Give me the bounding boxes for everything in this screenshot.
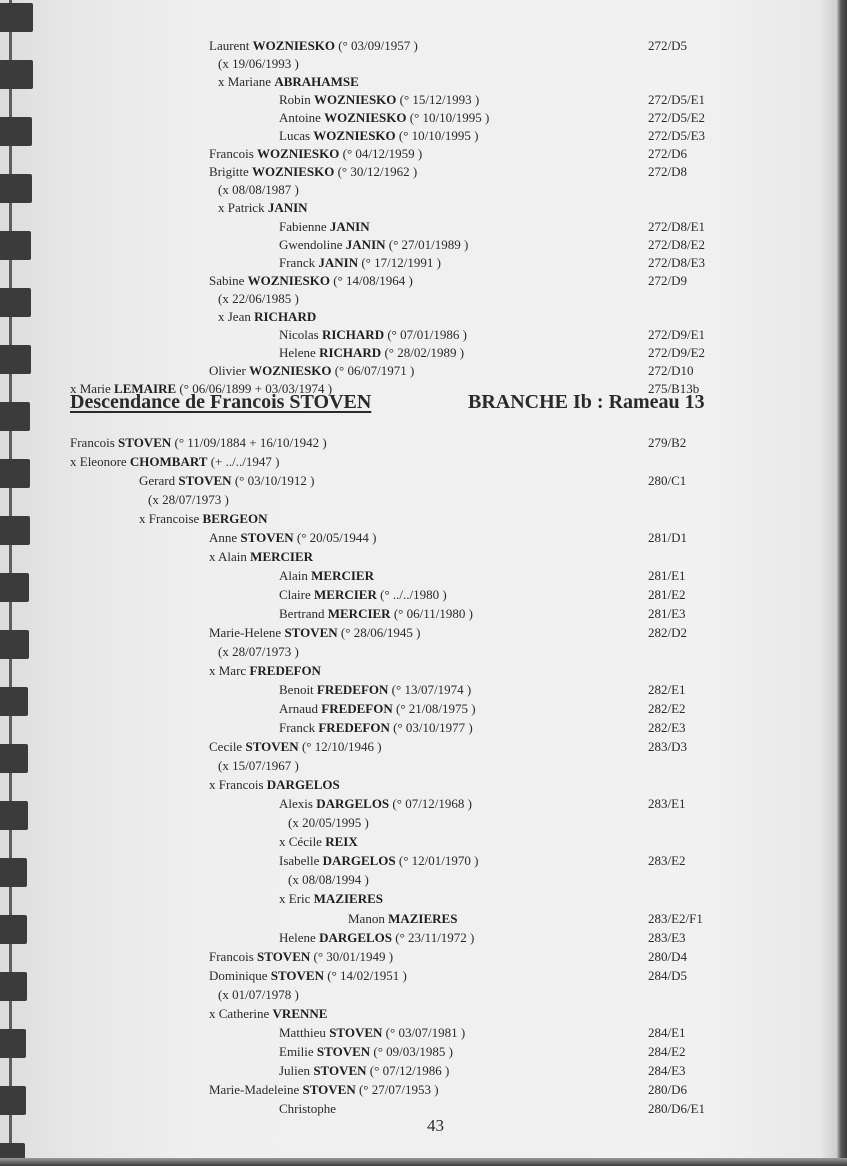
given-name: Bertrand [279, 606, 328, 621]
life-dates: (° 07/12/1986 ) [367, 1063, 450, 1078]
given-name: x Mariane [218, 74, 274, 89]
reference-code: 272/D10 [648, 361, 694, 380]
genealogy-entry: x Eric MAZIERES [0, 889, 847, 908]
life-dates: (° 15/12/1993 ) [396, 92, 479, 107]
binding-ring-icon [0, 3, 33, 32]
given-name: Isabelle [279, 853, 323, 868]
entry-text: x Eric MAZIERES [279, 889, 383, 908]
life-dates: (° 28/02/1989 ) [381, 345, 464, 360]
reference-code: 284/D5 [648, 966, 687, 985]
entry-text: Emilie STOVEN (° 09/03/1985 ) [279, 1042, 453, 1061]
surname: RICHARD [319, 345, 381, 360]
genealogy-entry: Marie-Madeleine STOVEN (° 27/07/1953 )28… [0, 1080, 847, 1099]
surname: RICHARD [254, 309, 316, 324]
reference-code: 272/D8/E3 [648, 253, 705, 272]
genealogy-entry: Laurent WOZNIESKO (° 03/09/1957 )272/D5 [0, 36, 847, 55]
genealogy-entry: Matthieu STOVEN (° 03/07/1981 )284/E1 [0, 1023, 847, 1042]
entry-text: (x 22/06/1985 ) [218, 289, 299, 308]
genealogy-entry: Alain MERCIER281/E1 [0, 566, 847, 585]
surname: FREDEFON [317, 682, 389, 697]
given-name: (x 28/07/1973 ) [218, 644, 299, 659]
surname: MERCIER [328, 606, 391, 621]
reference-code: 280/D6 [648, 1080, 687, 1099]
surname: WOZNIESKO [252, 164, 334, 179]
entry-text: Arnaud FREDEFON (° 21/08/1975 ) [279, 699, 476, 718]
given-name: (x 19/06/1993 ) [218, 56, 299, 71]
given-name: Christophe [279, 1101, 336, 1116]
given-name: x Cécile [279, 834, 325, 849]
surname: STOVEN [313, 1063, 366, 1078]
reference-code: 284/E2 [648, 1042, 686, 1061]
given-name: x Jean [218, 309, 254, 324]
genealogy-entry: Cecile STOVEN (° 12/10/1946 )283/D3 [0, 737, 847, 756]
given-name: Claire [279, 587, 314, 602]
given-name: Helene [279, 930, 319, 945]
surname: CHOMBART [130, 454, 208, 469]
given-name: (x 22/06/1985 ) [218, 291, 299, 306]
given-name: Arnaud [279, 701, 321, 716]
surname: WOZNIESKO [248, 273, 330, 288]
surname: VRENNE [273, 1006, 328, 1021]
entry-text: Fabienne JANIN [279, 217, 370, 236]
genealogy-entry: Francois STOVEN (° 11/09/1884 + 16/10/19… [0, 433, 847, 452]
entry-text: (x 20/05/1995 ) [288, 813, 369, 832]
entry-text: Olivier WOZNIESKO (° 06/07/1971 ) [209, 361, 414, 380]
surname: WOZNIESKO [324, 110, 406, 125]
genealogy-entry: Marie-Helene STOVEN (° 28/06/1945 )282/D… [0, 623, 847, 642]
life-dates: (° 14/08/1964 ) [330, 273, 413, 288]
surname: JANIN [268, 200, 308, 215]
reference-code: 272/D9/E2 [648, 343, 705, 362]
entry-text: Nicolas RICHARD (° 07/01/1986 ) [279, 325, 467, 344]
surname: ABRAHAMSE [274, 74, 359, 89]
surname: MAZIERES [388, 911, 457, 926]
entry-text: x Cécile REIX [279, 832, 358, 851]
given-name: (x 20/05/1995 ) [288, 815, 369, 830]
genealogy-entry: Benoit FREDEFON (° 13/07/1974 )282/E1 [0, 680, 847, 699]
genealogy-entry: Fabienne JANIN272/D8/E1 [0, 217, 847, 236]
genealogy-entry: Emilie STOVEN (° 09/03/1985 )284/E2 [0, 1042, 847, 1061]
genealogy-entry: (x 20/05/1995 ) [0, 813, 847, 832]
genealogy-entry: Antoine WOZNIESKO (° 10/10/1995 )272/D5/… [0, 108, 847, 127]
reference-code: 284/E3 [648, 1061, 686, 1080]
life-dates: (° 23/11/1972 ) [392, 930, 474, 945]
genealogy-entry: Sabine WOZNIESKO (° 14/08/1964 )272/D9 [0, 271, 847, 290]
entry-text: (x 28/07/1973 ) [148, 490, 229, 509]
given-name: x Patrick [218, 200, 268, 215]
life-dates: (° 27/01/1989 ) [386, 237, 469, 252]
reference-code: 272/D8/E1 [648, 217, 705, 236]
given-name: Alain [279, 568, 311, 583]
genealogy-entry: Franck JANIN (° 17/12/1991 )272/D8/E3 [0, 253, 847, 272]
reference-code: 272/D8/E2 [648, 235, 705, 254]
genealogy-entry: x Cécile REIX [0, 832, 847, 851]
life-dates: (° 09/03/1985 ) [370, 1044, 453, 1059]
surname: FREDEFON [249, 663, 321, 678]
entry-text: Benoit FREDEFON (° 13/07/1974 ) [279, 680, 471, 699]
genealogy-entry: x Catherine VRENNE [0, 1004, 847, 1023]
life-dates: (° 30/01/1949 ) [310, 949, 393, 964]
entry-text: x Catherine VRENNE [209, 1004, 327, 1023]
genealogy-entry: Helene DARGELOS (° 23/11/1972 )283/E3 [0, 928, 847, 947]
genealogy-entry: Francois STOVEN (° 30/01/1949 )280/D4 [0, 947, 847, 966]
genealogy-entry: (x 08/08/1994 ) [0, 870, 847, 889]
surname: REIX [325, 834, 358, 849]
reference-code: 280/D4 [648, 947, 687, 966]
surname: JANIN [346, 237, 386, 252]
given-name: Robin [279, 92, 314, 107]
entry-text: Francois STOVEN (° 11/09/1884 + 16/10/19… [70, 433, 327, 452]
given-name: Olivier [209, 363, 249, 378]
reference-code: 280/D6/E1 [648, 1099, 705, 1118]
entry-text: Isabelle DARGELOS (° 12/01/1970 ) [279, 851, 478, 870]
given-name: x Alain [209, 549, 250, 564]
entry-text: x Patrick JANIN [218, 198, 308, 217]
given-name: (x 08/08/1987 ) [218, 182, 299, 197]
reference-code: 272/D5/E3 [648, 126, 705, 145]
genealogy-entry: x Patrick JANIN [0, 198, 847, 217]
genealogy-entry: Helene RICHARD (° 28/02/1989 )272/D9/E2 [0, 343, 847, 362]
given-name: Dominique [209, 968, 271, 983]
genealogy-entry: x Eleonore CHOMBART (+ ../../1947 ) [0, 452, 847, 471]
surname: BERGEON [203, 511, 268, 526]
given-name: Francois [209, 949, 257, 964]
given-name: Sabine [209, 273, 248, 288]
genealogy-entry: Christophe280/D6/E1 [0, 1099, 847, 1118]
genealogy-entry: Gwendoline JANIN (° 27/01/1989 )272/D8/E… [0, 235, 847, 254]
reference-code: 284/E1 [648, 1023, 686, 1042]
given-name: Alexis [279, 796, 316, 811]
reference-code: 283/E2 [648, 851, 686, 870]
given-name: Marie-Madeleine [209, 1082, 302, 1097]
surname: WOZNIESKO [257, 146, 339, 161]
genealogy-entry: x Mariane ABRAHAMSE [0, 72, 847, 91]
genealogy-entry: Brigitte WOZNIESKO (° 30/12/1962 )272/D8 [0, 162, 847, 181]
entry-text: Lucas WOZNIESKO (° 10/10/1995 ) [279, 126, 479, 145]
life-dates: (° 07/12/1968 ) [389, 796, 472, 811]
surname: WOZNIESKO [314, 92, 396, 107]
surname: STOVEN [118, 435, 171, 450]
life-dates: (° 30/12/1962 ) [334, 164, 417, 179]
given-name: Manon [348, 911, 388, 926]
surname: DARGELOS [267, 777, 340, 792]
given-name: Laurent [209, 38, 253, 53]
entry-text: Anne STOVEN (° 20/05/1944 ) [209, 528, 377, 547]
entry-text: Alexis DARGELOS (° 07/12/1968 ) [279, 794, 472, 813]
genealogy-entry: Olivier WOZNIESKO (° 06/07/1971 )272/D10 [0, 361, 847, 380]
life-dates: (° 03/10/1977 ) [390, 720, 473, 735]
reference-code: 283/D3 [648, 737, 687, 756]
reference-code: 282/E1 [648, 680, 686, 699]
surname: FREDEFON [318, 720, 390, 735]
reference-code: 272/D8 [648, 162, 687, 181]
given-name: Nicolas [279, 327, 322, 342]
given-name: (x 15/07/1967 ) [218, 758, 299, 773]
reference-code: 281/E3 [648, 604, 686, 623]
entry-text: Cecile STOVEN (° 12/10/1946 ) [209, 737, 382, 756]
given-name: x Francois [209, 777, 267, 792]
reference-code: 281/D1 [648, 528, 687, 547]
surname: STOVEN [302, 1082, 355, 1097]
genealogy-entry: x Marc FREDEFON [0, 661, 847, 680]
life-dates: (° 21/08/1975 ) [393, 701, 476, 716]
genealogy-entry: Isabelle DARGELOS (° 12/01/1970 )283/E2 [0, 851, 847, 870]
life-dates: (+ ../../1947 ) [207, 454, 279, 469]
surname: STOVEN [317, 1044, 370, 1059]
entry-text: x Eleonore CHOMBART (+ ../../1947 ) [70, 452, 279, 471]
entry-text: (x 01/07/1978 ) [218, 985, 299, 1004]
given-name: x Eric [279, 891, 314, 906]
given-name: Brigitte [209, 164, 252, 179]
entry-text: (x 19/06/1993 ) [218, 54, 299, 73]
given-name: Cecile [209, 739, 245, 754]
surname: RICHARD [322, 327, 384, 342]
surname: STOVEN [329, 1025, 382, 1040]
entry-text: Dominique STOVEN (° 14/02/1951 ) [209, 966, 407, 985]
genealogy-entry: (x 08/08/1987 ) [0, 180, 847, 199]
reference-code: 281/E1 [648, 566, 686, 585]
entry-text: x Alain MERCIER [209, 547, 313, 566]
entry-text: Alain MERCIER [279, 566, 374, 585]
surname: STOVEN [284, 625, 337, 640]
given-name: Gwendoline [279, 237, 346, 252]
life-dates: (° 13/07/1974 ) [388, 682, 471, 697]
life-dates: (° 04/12/1959 ) [339, 146, 422, 161]
branch-title: BRANCHE Ib : Rameau 13 [468, 391, 705, 414]
given-name: (x 08/08/1994 ) [288, 872, 369, 887]
entry-text: Christophe [279, 1099, 336, 1118]
entry-text: (x 08/08/1987 ) [218, 180, 299, 199]
genealogy-entry: Arnaud FREDEFON (° 21/08/1975 )282/E2 [0, 699, 847, 718]
reference-code: 283/E1 [648, 794, 686, 813]
entry-text: Franck JANIN (° 17/12/1991 ) [279, 253, 441, 272]
genealogy-entry: (x 22/06/1985 ) [0, 289, 847, 308]
genealogy-entry: Francois WOZNIESKO (° 04/12/1959 )272/D6 [0, 144, 847, 163]
reference-code: 282/D2 [648, 623, 687, 642]
life-dates: (° 06/11/1980 ) [391, 606, 473, 621]
surname: STOVEN [245, 739, 298, 754]
genealogy-entry: Robin WOZNIESKO (° 15/12/1993 )272/D5/E1 [0, 90, 847, 109]
life-dates: (° 12/10/1946 ) [299, 739, 382, 754]
entry-text: Helene DARGELOS (° 23/11/1972 ) [279, 928, 474, 947]
genealogy-entry: x Jean RICHARD [0, 307, 847, 326]
life-dates: (° 12/01/1970 ) [396, 853, 479, 868]
surname: WOZNIESKO [253, 38, 335, 53]
life-dates: (° 11/09/1884 + 16/10/1942 ) [171, 435, 326, 450]
given-name: Antoine [279, 110, 324, 125]
binding-ring-icon [0, 402, 30, 431]
page-number: 43 [427, 1116, 444, 1136]
entry-text: Julien STOVEN (° 07/12/1986 ) [279, 1061, 449, 1080]
entry-text: Sabine WOZNIESKO (° 14/08/1964 ) [209, 271, 413, 290]
reference-code: 280/C1 [648, 471, 686, 490]
given-name: Anne [209, 530, 240, 545]
life-dates: (° 14/02/1951 ) [324, 968, 407, 983]
reference-code: 272/D6 [648, 144, 687, 163]
entry-text: Brigitte WOZNIESKO (° 30/12/1962 ) [209, 162, 417, 181]
genealogy-entry: Franck FREDEFON (° 03/10/1977 )282/E3 [0, 718, 847, 737]
reference-code: 272/D5 [648, 36, 687, 55]
entry-text: Matthieu STOVEN (° 03/07/1981 ) [279, 1023, 465, 1042]
surname: STOVEN [257, 949, 310, 964]
reference-code: 272/D9/E1 [648, 325, 705, 344]
surname: WOZNIESKO [249, 363, 331, 378]
genealogy-entry: Nicolas RICHARD (° 07/01/1986 )272/D9/E1 [0, 325, 847, 344]
scanned-page: Laurent WOZNIESKO (° 03/09/1957 )272/D5(… [0, 0, 847, 1166]
entry-text: Franck FREDEFON (° 03/10/1977 ) [279, 718, 473, 737]
given-name: Francois [209, 146, 257, 161]
life-dates: (° 10/10/1995 ) [396, 128, 479, 143]
given-name: Matthieu [279, 1025, 329, 1040]
entry-text: Antoine WOZNIESKO (° 10/10/1995 ) [279, 108, 489, 127]
surname: DARGELOS [323, 853, 396, 868]
entry-text: (x 08/08/1994 ) [288, 870, 369, 889]
given-name: Marie-Helene [209, 625, 284, 640]
genealogy-entry: (x 19/06/1993 ) [0, 54, 847, 73]
reference-code: 282/E2 [648, 699, 686, 718]
life-dates: (° 20/05/1944 ) [294, 530, 377, 545]
reference-code: 283/E2/F1 [648, 909, 703, 928]
life-dates: (° 03/09/1957 ) [335, 38, 418, 53]
surname: MERCIER [314, 587, 377, 602]
entry-text: Laurent WOZNIESKO (° 03/09/1957 ) [209, 36, 418, 55]
life-dates: (° ../../1980 ) [377, 587, 447, 602]
given-name: x Marc [209, 663, 249, 678]
genealogy-entry: Gerard STOVEN (° 03/10/1912 )280/C1 [0, 471, 847, 490]
genealogy-entry: Lucas WOZNIESKO (° 10/10/1995 )272/D5/E3 [0, 126, 847, 145]
genealogy-entry: Dominique STOVEN (° 14/02/1951 )284/D5 [0, 966, 847, 985]
entry-text: Helene RICHARD (° 28/02/1989 ) [279, 343, 464, 362]
entry-text: Francois STOVEN (° 30/01/1949 ) [209, 947, 393, 966]
entry-text: (x 28/07/1973 ) [218, 642, 299, 661]
entry-text: x Jean RICHARD [218, 307, 316, 326]
reference-code: 272/D9 [648, 271, 687, 290]
entry-text: Claire MERCIER (° ../../1980 ) [279, 585, 447, 604]
reference-code: 281/E2 [648, 585, 686, 604]
reference-code: 272/D5/E1 [648, 90, 705, 109]
given-name: Fabienne [279, 219, 330, 234]
surname: MERCIER [311, 568, 374, 583]
reference-code: 283/E3 [648, 928, 686, 947]
life-dates: (° 03/10/1912 ) [232, 473, 315, 488]
surname: DARGELOS [316, 796, 389, 811]
entry-text: (x 15/07/1967 ) [218, 756, 299, 775]
entry-text: x Francois DARGELOS [209, 775, 340, 794]
surname: STOVEN [240, 530, 293, 545]
surname: STOVEN [271, 968, 324, 983]
entry-text: x Marc FREDEFON [209, 661, 321, 680]
genealogy-entry: Julien STOVEN (° 07/12/1986 )284/E3 [0, 1061, 847, 1080]
life-dates: (° 06/07/1971 ) [331, 363, 414, 378]
life-dates: (° 07/01/1986 ) [384, 327, 467, 342]
entry-text: Marie-Helene STOVEN (° 28/06/1945 ) [209, 623, 421, 642]
page-bottom-shadow [0, 1158, 847, 1166]
genealogy-entry: Claire MERCIER (° ../../1980 )281/E2 [0, 585, 847, 604]
given-name: Gerard [139, 473, 178, 488]
genealogy-entry: Anne STOVEN (° 20/05/1944 )281/D1 [0, 528, 847, 547]
surname: DARGELOS [319, 930, 392, 945]
given-name: Franck [279, 255, 318, 270]
surname: JANIN [330, 219, 370, 234]
genealogy-entry: (x 01/07/1978 ) [0, 985, 847, 1004]
life-dates: (° 10/10/1995 ) [407, 110, 490, 125]
entry-text: Manon MAZIERES [348, 909, 457, 928]
surname: FREDEFON [321, 701, 393, 716]
reference-code: 282/E3 [648, 718, 686, 737]
surname: MERCIER [250, 549, 313, 564]
given-name: x Eleonore [70, 454, 130, 469]
surname: WOZNIESKO [313, 128, 395, 143]
given-name: (x 28/07/1973 ) [148, 492, 229, 507]
entry-text: x Mariane ABRAHAMSE [218, 72, 359, 91]
life-dates: (° 03/07/1981 ) [382, 1025, 465, 1040]
given-name: Franck [279, 720, 318, 735]
surname: MAZIERES [314, 891, 383, 906]
entry-text: Gwendoline JANIN (° 27/01/1989 ) [279, 235, 468, 254]
genealogy-entry: (x 15/07/1967 ) [0, 756, 847, 775]
given-name: x Francoise [139, 511, 203, 526]
genealogy-entry: x Francoise BERGEON [0, 509, 847, 528]
given-name: Francois [70, 435, 118, 450]
entry-text: Francois WOZNIESKO (° 04/12/1959 ) [209, 144, 422, 163]
given-name: Lucas [279, 128, 313, 143]
given-name: Benoit [279, 682, 317, 697]
genealogy-entry: Manon MAZIERES283/E2/F1 [0, 909, 847, 928]
section-title: Descendance de Francois STOVEN [70, 391, 371, 414]
page-edge-shadow [837, 0, 847, 1166]
genealogy-entry: x Francois DARGELOS [0, 775, 847, 794]
entry-text: Bertrand MERCIER (° 06/11/1980 ) [279, 604, 473, 623]
given-name: (x 01/07/1978 ) [218, 987, 299, 1002]
entry-text: Marie-Madeleine STOVEN (° 27/07/1953 ) [209, 1080, 439, 1099]
genealogy-entry: Bertrand MERCIER (° 06/11/1980 )281/E3 [0, 604, 847, 623]
entry-text: x Francoise BERGEON [139, 509, 268, 528]
genealogy-entry: x Alain MERCIER [0, 547, 847, 566]
given-name: Helene [279, 345, 319, 360]
reference-code: 279/B2 [648, 433, 686, 452]
surname: STOVEN [178, 473, 231, 488]
given-name: Julien [279, 1063, 313, 1078]
genealogy-entry: (x 28/07/1973 ) [0, 490, 847, 509]
life-dates: (° 27/07/1953 ) [356, 1082, 439, 1097]
reference-code: 272/D5/E2 [648, 108, 705, 127]
genealogy-entry: Alexis DARGELOS (° 07/12/1968 )283/E1 [0, 794, 847, 813]
surname: JANIN [318, 255, 358, 270]
life-dates: (° 28/06/1945 ) [338, 625, 421, 640]
genealogy-entry: (x 28/07/1973 ) [0, 642, 847, 661]
entry-text: Gerard STOVEN (° 03/10/1912 ) [139, 471, 314, 490]
given-name: Emilie [279, 1044, 317, 1059]
given-name: x Catherine [209, 1006, 273, 1021]
life-dates: (° 17/12/1991 ) [358, 255, 441, 270]
entry-text: Robin WOZNIESKO (° 15/12/1993 ) [279, 90, 479, 109]
